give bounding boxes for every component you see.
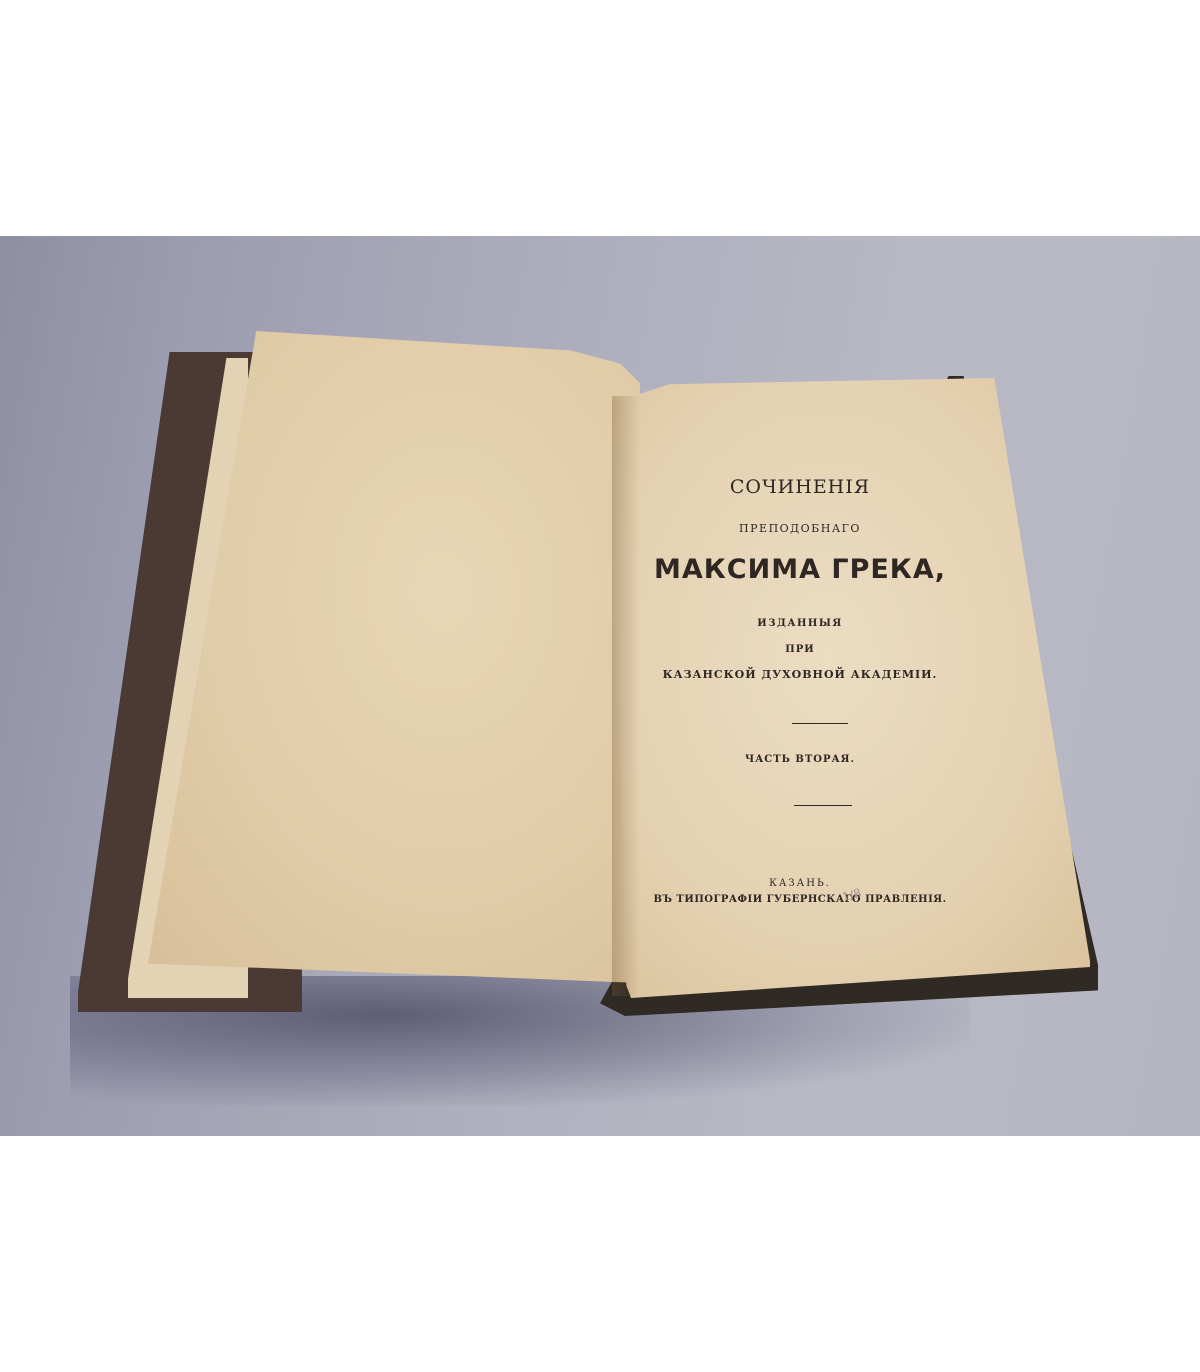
imprint-city: КАЗАНЬ.: [600, 878, 1000, 889]
title-at: ПРИ: [600, 644, 1000, 655]
title-venerable: ПРЕПОДОБНАГО: [600, 522, 1000, 535]
title-published: ИЗДАННЫЯ: [600, 618, 1000, 629]
title-works: СОЧИНЕНІЯ: [600, 476, 1000, 498]
title-page: [612, 378, 1090, 998]
title-volume: ЧАСТЬ ВТОРАЯ.: [600, 754, 1000, 765]
book-photo: СОЧИНЕНІЯ ПРЕПОДОБНАГО МАКСИМА ГРЕКА, ИЗ…: [0, 236, 1200, 1136]
imprint-press: ВЪ ТИПОГРАФІИ ГУБЕРНСКАГО ПРАВЛЕНІЯ.: [600, 894, 1000, 905]
title-author: МАКСИМА ГРЕКА,: [600, 554, 1000, 585]
divider-rule-2: [794, 805, 852, 806]
title-academy: КАЗАНСКОЙ ДУХОВНОЙ АКАДЕМІИ.: [600, 668, 1000, 681]
divider-rule-1: [792, 723, 848, 724]
